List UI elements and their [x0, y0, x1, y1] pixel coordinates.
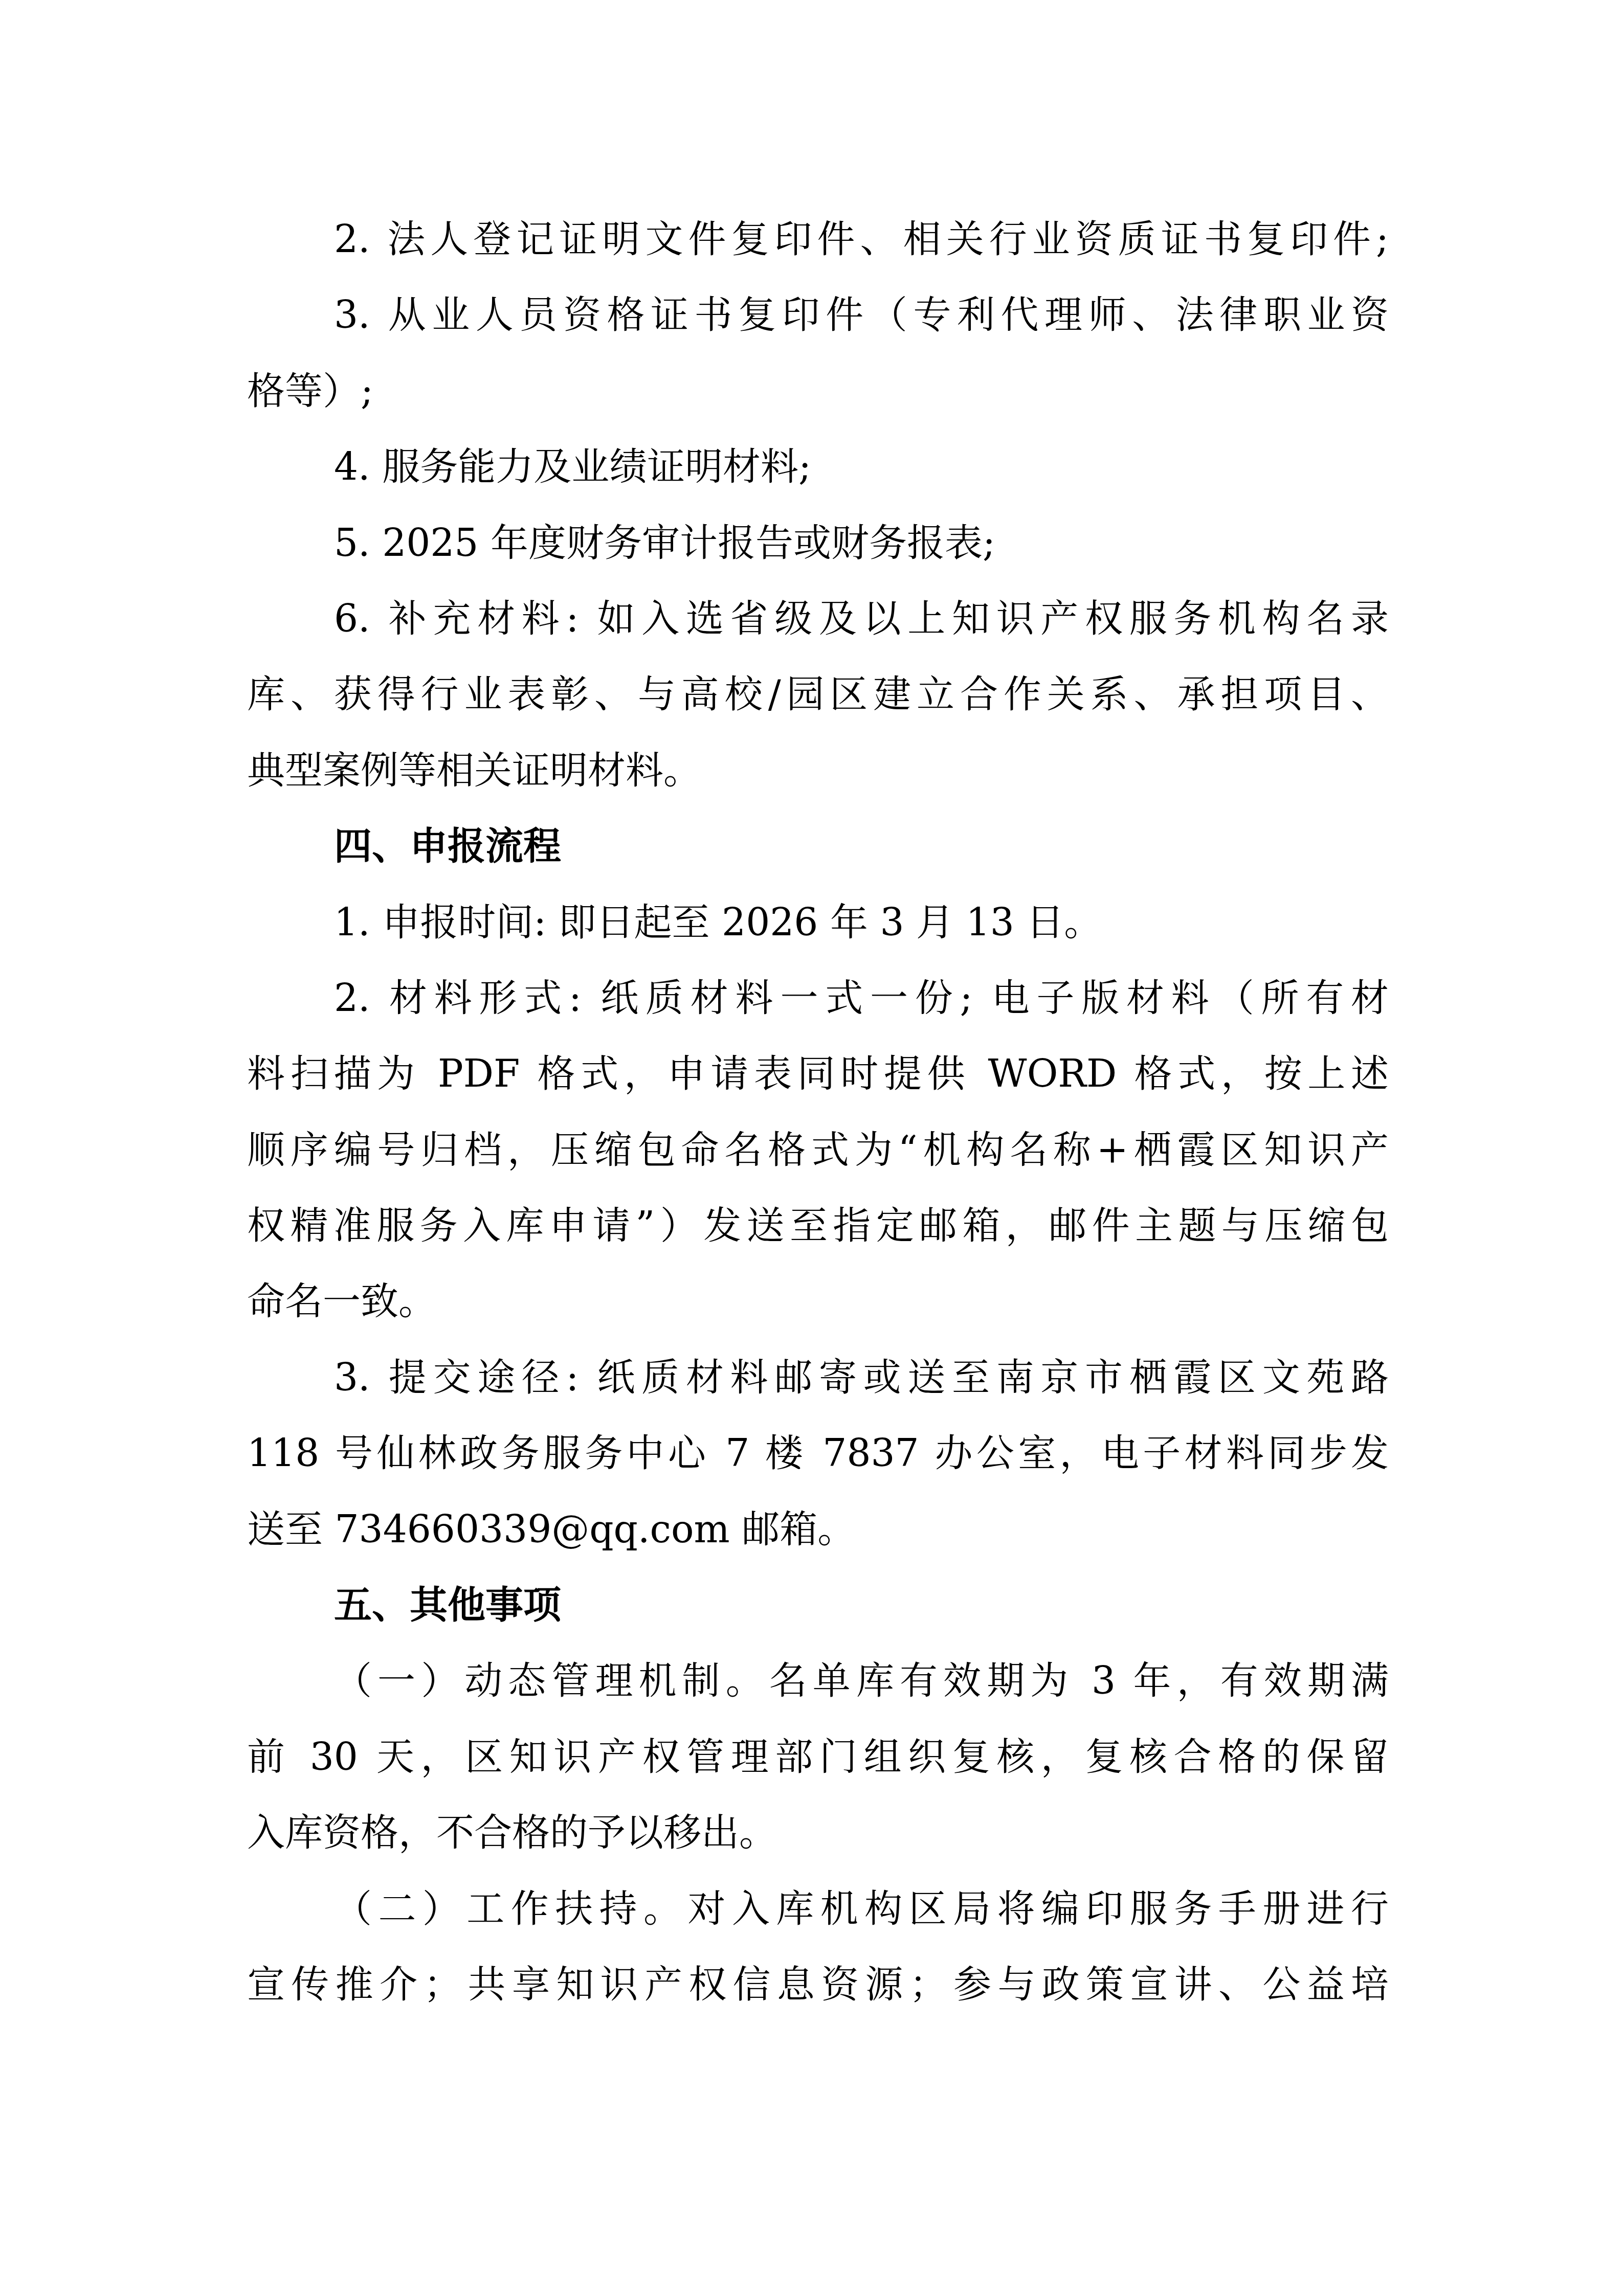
- process-item-3-end: 送至 734660339@qq.com 邮箱。: [247, 1492, 1389, 1567]
- list-item-6-end: 典型案例等相关证明材料。: [247, 733, 1389, 808]
- other-item-1: （一）动态管理机制。名单库有效期为 3 年，有效期满: [247, 1643, 1389, 1719]
- process-item-1: 1. 申报时间: 即日起至 2026 年 3 月 13 日。: [247, 885, 1389, 960]
- process-item-3-continued: 118 号仙林政务服务中心 7 楼 7837 办公室，电子材料同步发: [247, 1415, 1389, 1491]
- list-item-3-continued: 格等）;: [247, 353, 1389, 429]
- process-item-2-continued: 顺序编号归档，压缩包命名格式为“机构名称+栖霞区知识产: [247, 1112, 1389, 1188]
- other-item-1-end: 入库资格，不合格的予以移出。: [247, 1795, 1389, 1871]
- list-item-5: 5. 2025 年度财务审计报告或财务报表;: [247, 505, 1389, 581]
- other-item-2: （二）工作扶持。对入库机构区局将编印服务手册进行: [247, 1871, 1389, 1947]
- process-item-2-continued: 权精准服务入库申请”）发送至指定邮箱，邮件主题与压缩包: [247, 1188, 1389, 1264]
- process-item-2: 2. 材料形式: 纸质材料一式一份; 电子版材料（所有材: [247, 960, 1389, 1036]
- process-item-2-continued: 料扫描为 PDF 格式，申请表同时提供 WORD 格式，按上述: [247, 1036, 1389, 1112]
- list-item-6-continued: 库、获得行业表彰、与高校/园区建立合作关系、承担项目、: [247, 657, 1389, 732]
- section-heading-other-matters: 五、其他事项: [247, 1567, 1389, 1643]
- other-item-2-continued: 宣传推介；共享知识产权信息资源；参与政策宣讲、公益培: [247, 1947, 1389, 2022]
- other-item-1-continued: 前 30 天，区知识产权管理部门组织复核，复核合格的保留: [247, 1719, 1389, 1795]
- document-body: 2. 法人登记证明文件复印件、相关行业资质证书复印件; 3. 从业人员资格证书复…: [247, 201, 1389, 2022]
- process-item-2-end: 命名一致。: [247, 1264, 1389, 1339]
- section-heading-application-process: 四、申报流程: [247, 808, 1389, 884]
- document-page: 2. 法人登记证明文件复印件、相关行业资质证书复印件; 3. 从业人员资格证书复…: [0, 0, 1624, 2296]
- list-item-6: 6. 补充材料: 如入选省级及以上知识产权服务机构名录: [247, 581, 1389, 657]
- process-item-3: 3. 提交途径: 纸质材料邮寄或送至南京市栖霞区文苑路: [247, 1340, 1389, 1415]
- list-item-2: 2. 法人登记证明文件复印件、相关行业资质证书复印件;: [247, 201, 1389, 277]
- list-item-3: 3. 从业人员资格证书复印件（专利代理师、法律职业资: [247, 277, 1389, 353]
- list-item-4: 4. 服务能力及业绩证明材料;: [247, 429, 1389, 505]
